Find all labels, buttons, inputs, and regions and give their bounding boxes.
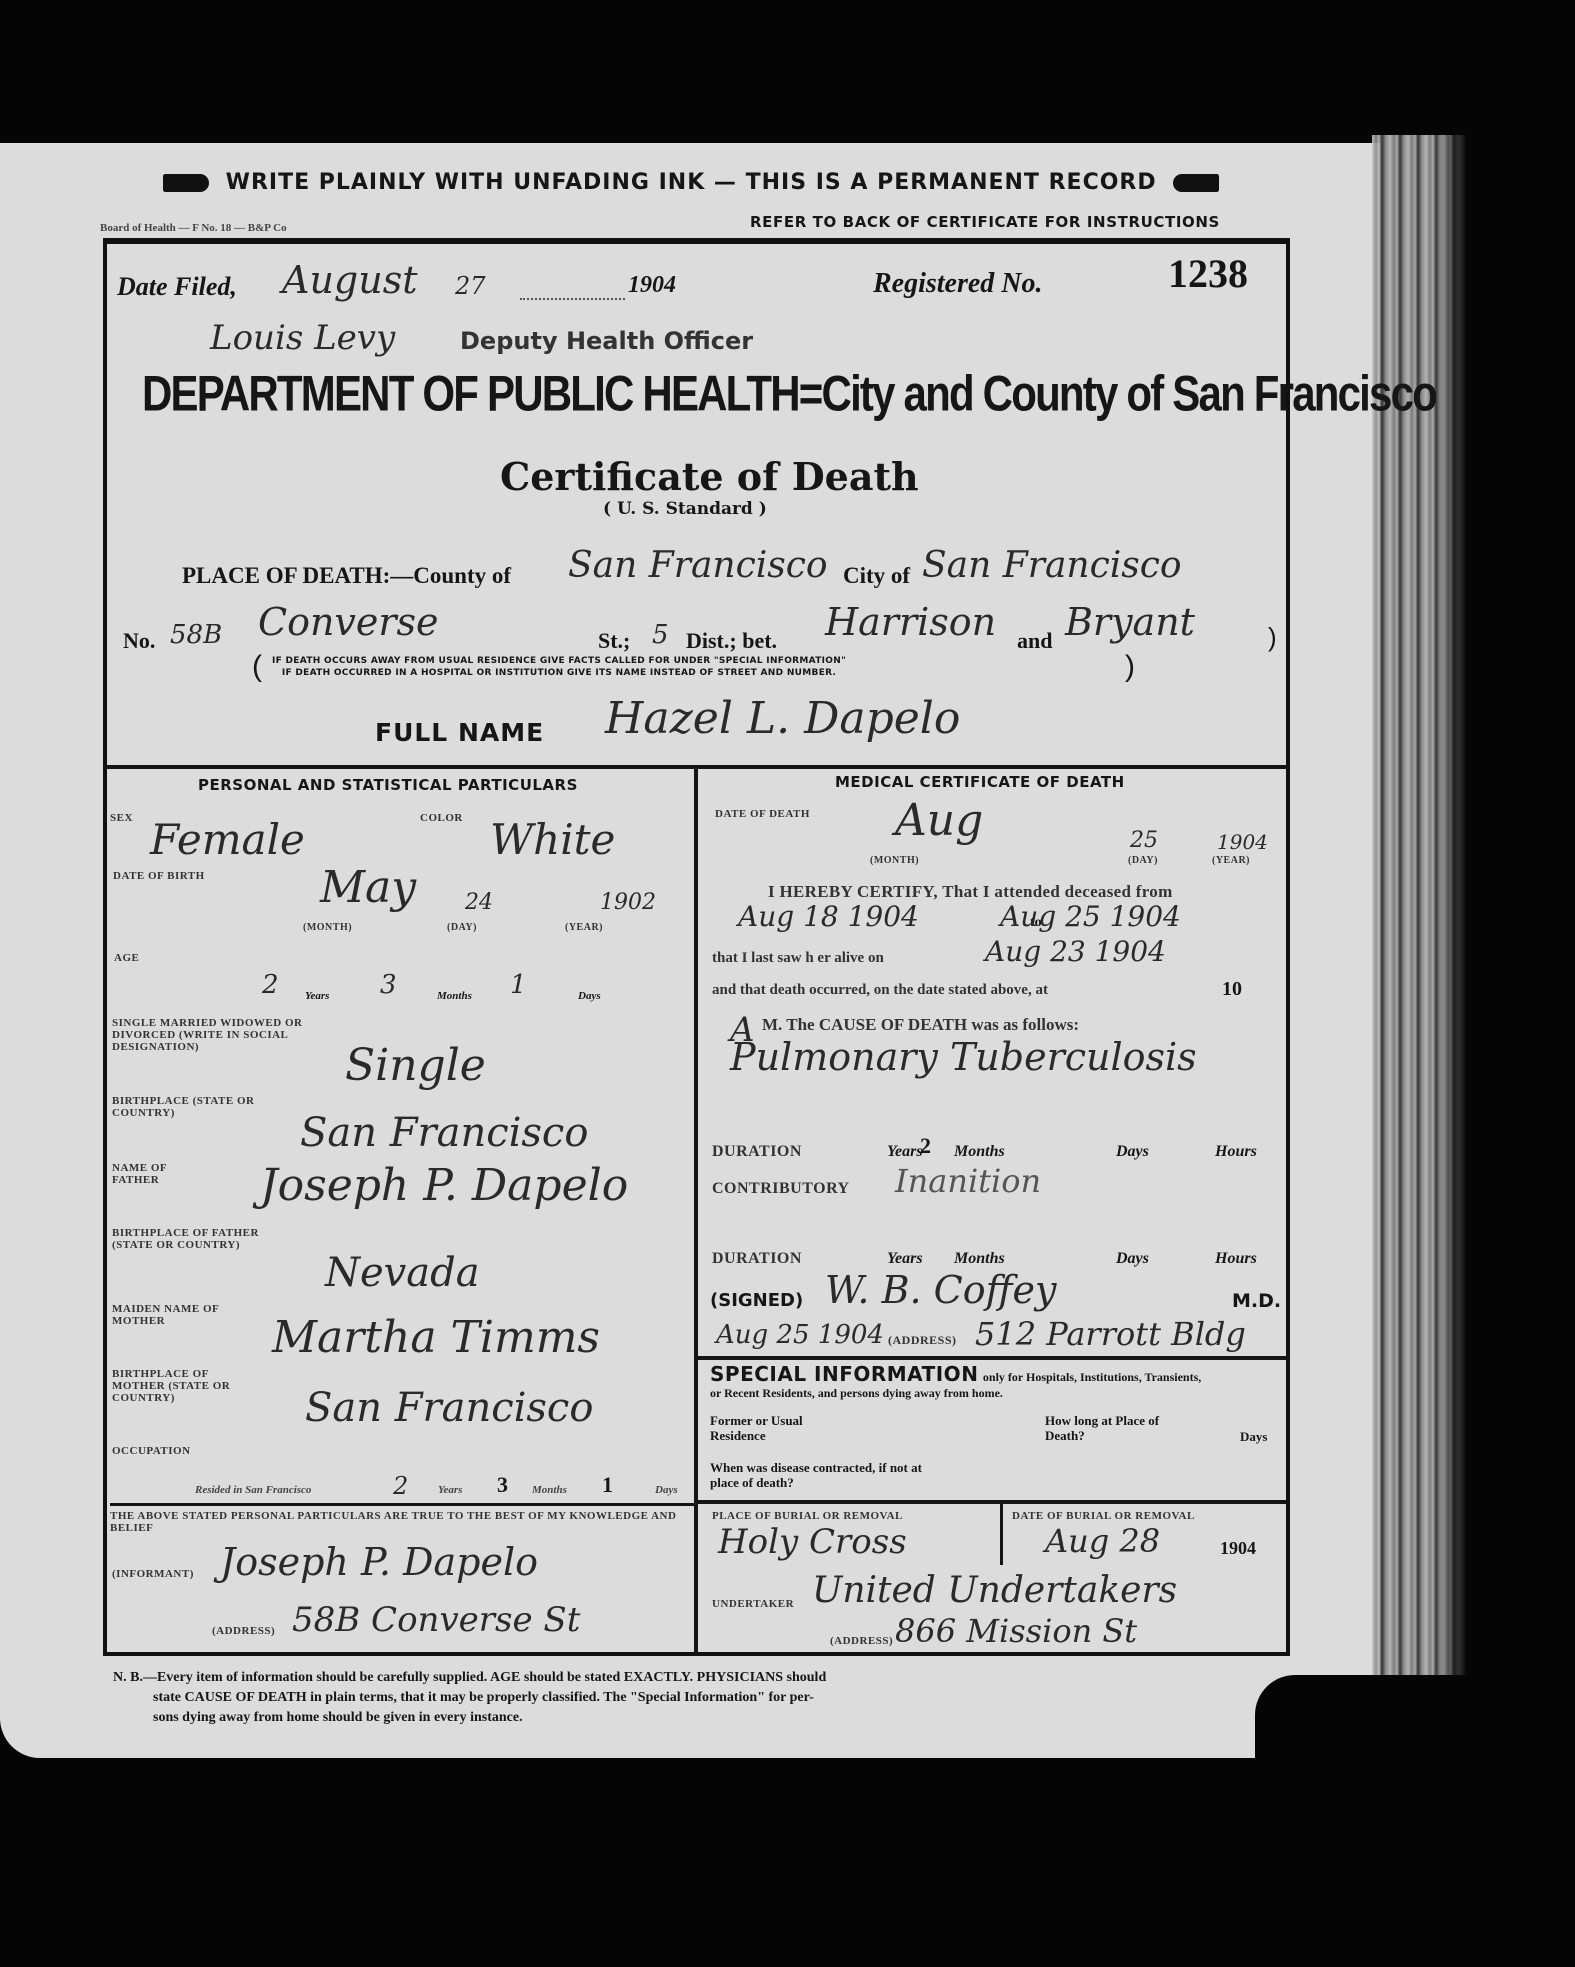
informant-address-label: (Address) <box>212 1625 275 1637</box>
occupation-label: OCCUPATION <box>112 1445 191 1457</box>
duration-months-value: 2 <box>920 1133 931 1159</box>
informant-divider <box>110 1503 694 1506</box>
age-years-caption: Years <box>305 990 329 1002</box>
printer-note: Board of Health — F No. 18 — B&P Co <box>100 222 287 234</box>
street-value: Converse <box>258 600 439 644</box>
pointing-hand-icon <box>1173 174 1219 192</box>
color-label: COLOR <box>420 812 463 824</box>
resided-months: 3 <box>497 1472 508 1498</box>
county-value: San Francisco <box>568 545 828 586</box>
resided-months-caption: Months <box>532 1484 567 1496</box>
duration-months-caption: Months <box>954 1143 1005 1161</box>
burial-place-value: Holy Cross <box>718 1522 907 1562</box>
duration-label: DURATION <box>712 1143 802 1161</box>
officer-title: Deputy Health Officer <box>460 327 753 355</box>
last-saw-label: that I last saw h er alive on <box>712 950 884 967</box>
informant-statement: THE ABOVE STATED PERSONAL PARTICULARS AR… <box>110 1510 680 1534</box>
marital-value: Single <box>345 1040 486 1091</box>
personal-section-title: PERSONAL AND STATISTICAL PARTICULARS <box>198 776 578 794</box>
father-birthplace-label: BIRTHPLACE OF FATHER (State or Country) <box>112 1227 262 1251</box>
date-filed-label: Date Filed, <box>117 272 237 302</box>
full-name-value: Hazel L. Dapelo <box>605 693 960 744</box>
duration2-hours-caption: Hours <box>1215 1250 1257 1268</box>
dob-day-caption: (Day) <box>447 922 477 934</box>
between-street-1: Harrison <box>825 600 996 644</box>
special-info-subtitle-2: or Recent Residents, and persons dying a… <box>710 1386 1003 1401</box>
date-filed-year: 1904 <box>628 272 676 299</box>
resided-years-caption: Years <box>438 1484 462 1496</box>
dob-year-caption: (Year) <box>565 922 603 934</box>
registered-number: 1238 <box>1168 250 1248 297</box>
header-warning: WRITE PLAINLY WITH UNFADING INK — THIS I… <box>155 170 1227 195</box>
father-label: NAME OF FATHER <box>112 1162 212 1186</box>
department-heading: DEPARTMENT OF PUBLIC HEALTH=City and Cou… <box>142 365 1436 423</box>
date-filed-dots <box>520 298 625 300</box>
sex-label: SEX <box>110 812 133 824</box>
special-info-subtitle-1: only for Hospitals, Institutions, Transi… <box>983 1370 1201 1384</box>
contributory-value: Inanition <box>895 1162 1041 1200</box>
attended-to: Aug 25 1904 <box>1000 900 1181 933</box>
footnote-line-3: sons dying away from home should be give… <box>113 1708 1213 1728</box>
dob-year: 1902 <box>600 890 656 915</box>
cause-value: Pulmonary Tuberculosis <box>730 1035 1197 1079</box>
age-days-caption: Days <box>578 990 601 1002</box>
city-label: City of <box>843 563 910 589</box>
sex-value: Female <box>150 815 305 864</box>
dob-label: DATE OF BIRTH <box>113 870 205 882</box>
paren-close: ) <box>1268 622 1277 653</box>
attended-from: Aug 18 1904 <box>738 900 919 933</box>
street-label: St.; <box>598 628 630 654</box>
dod-day-caption: (Day) <box>1128 855 1158 867</box>
birthplace-value: San Francisco <box>300 1110 588 1156</box>
paren-close-note: ) <box>1125 650 1135 684</box>
registered-label: Registered No. <box>873 268 1043 300</box>
duration-years-caption: Years <box>887 1143 923 1161</box>
marital-label: SINGLE MARRIED WIDOWED OR DIVORCED (Writ… <box>112 1017 342 1053</box>
place-note: IF DEATH OCCURS AWAY FROM USUAL RESIDENC… <box>272 655 846 679</box>
mother-label: MAIDEN NAME OF MOTHER <box>112 1303 262 1327</box>
city-value: San Francisco <box>922 545 1182 586</box>
place-of-death-label: PLACE OF DEATH:—County of <box>182 563 511 589</box>
footnote: N. B.—Every item of information should b… <box>113 1668 1213 1728</box>
dob-day: 24 <box>465 890 493 915</box>
date-filed-month: August <box>282 258 418 302</box>
district-value: 5 <box>652 620 669 650</box>
dod-year: 1904 <box>1217 830 1268 854</box>
time-value: 10 <box>1222 978 1242 1001</box>
resided-years: 2 <box>393 1472 408 1500</box>
medical-section-title: MEDICAL CERTIFICATE OF DEATH <box>835 773 1125 791</box>
footnote-line-1: N. B.—Every item of information should b… <box>113 1668 1213 1688</box>
mother-birthplace-label: BIRTHPLACE OF MOTHER (State or Country) <box>112 1368 262 1404</box>
dod-day: 25 <box>1130 828 1158 853</box>
former-residence-label: Former or Usual Residence <box>710 1413 820 1443</box>
burial-divider <box>698 1500 1290 1504</box>
duration-days-caption: Days <box>1116 1143 1149 1161</box>
certificate-subtitle: ( U. S. Standard ) <box>603 499 767 519</box>
md-label: M.D. <box>1232 1290 1281 1312</box>
dod-year-caption: (Year) <box>1212 855 1250 867</box>
duration2-label: DURATION <box>712 1250 802 1268</box>
special-info-title: SPECIAL INFORMATION <box>710 1362 978 1386</box>
full-name-label: FULL NAME <box>375 718 544 747</box>
how-long-label: How long at Place of Death? <box>1045 1413 1165 1443</box>
between-street-2: Bryant <box>1065 600 1195 644</box>
mother-birthplace-value: San Francisco <box>305 1385 593 1431</box>
page-shadow <box>1255 1675 1455 1795</box>
dod-month: Aug <box>895 795 983 846</box>
pointing-hand-icon <box>163 174 209 192</box>
certificate-title: Certificate of Death <box>500 454 919 499</box>
special-divider <box>698 1356 1290 1360</box>
informant-value: Joseph P. Dapelo <box>220 1540 538 1584</box>
physician-address-label: (Address) <box>888 1334 957 1346</box>
date-filed-day: 27 <box>455 272 486 300</box>
burial-column-divider <box>1000 1503 1003 1565</box>
burial-date-label: DATE OF BURIAL OR REMOVAL <box>1012 1510 1195 1522</box>
cause-text: M. The CAUSE OF DEATH was as follows: <box>762 1015 1079 1035</box>
physician-signature: W. B. Coffey <box>825 1268 1057 1312</box>
dod-label: DATE OF DEATH <box>715 808 810 820</box>
undertaker-address-value: 866 Mission St <box>895 1612 1137 1650</box>
refer-instructions: REFER TO BACK OF CERTIFICATE FOR INSTRUC… <box>750 213 1220 231</box>
age-months: 3 <box>380 970 397 1000</box>
undertaker-address-label: (Address) <box>830 1635 893 1647</box>
age-years: 2 <box>262 970 279 1000</box>
burial-place-label: PLACE OF BURIAL OR REMOVAL <box>712 1510 903 1522</box>
paren-open: ( <box>252 650 262 684</box>
certify-text: I HEREBY CERTIFY, That I attended deceas… <box>768 882 1173 902</box>
duration2-years-caption: Years <box>887 1250 923 1268</box>
dod-month-caption: (Month) <box>870 855 919 867</box>
district-label: Dist.; bet. <box>686 628 777 654</box>
duration2-days-caption: Days <box>1116 1250 1149 1268</box>
informant-address-value: 58B Converse St <box>292 1600 580 1640</box>
dob-month-caption: (Month) <box>303 922 352 934</box>
mother-value: Martha Timms <box>272 1312 600 1363</box>
age-label: AGE <box>114 952 139 964</box>
signed-date: Aug 25 1904 <box>716 1320 884 1350</box>
contracted-label: When was disease contracted, if not at p… <box>710 1460 930 1490</box>
father-birthplace-value: Nevada <box>325 1250 480 1296</box>
column-divider <box>694 767 698 1655</box>
age-days: 1 <box>510 970 527 1000</box>
resided-days: 1 <box>602 1472 613 1498</box>
physician-address-value: 512 Parrott Bldg <box>975 1315 1246 1353</box>
signed-label: (SIGNED) <box>710 1290 803 1311</box>
undertaker-label: UNDERTAKER <box>712 1598 794 1610</box>
dob-month: May <box>320 862 416 913</box>
resided-label: Resided in San Francisco <box>195 1484 311 1496</box>
last-saw-value: Aug 23 1904 <box>985 935 1166 968</box>
color-value: White <box>490 815 615 864</box>
duration-hours-caption: Hours <box>1215 1143 1257 1161</box>
special-info-header: SPECIAL INFORMATION only for Hospitals, … <box>710 1362 1201 1386</box>
footnote-line-2: state CAUSE OF DEATH in plain terms, tha… <box>113 1688 1213 1708</box>
informant-label: (Informant) <box>112 1568 194 1580</box>
burial-date-value: Aug 28 <box>1045 1522 1160 1560</box>
contributory-label: CONTRIBUTORY <box>712 1180 850 1198</box>
burial-date-year: 1904 <box>1220 1538 1256 1559</box>
birthplace-label: BIRTHPLACE (State or Country) <box>112 1095 262 1119</box>
duration2-months-caption: Months <box>954 1250 1005 1268</box>
occurred-text: and that death occurred, on the date sta… <box>712 982 1048 999</box>
officer-signature: Louis Levy <box>210 318 395 358</box>
number-label: No. <box>123 628 155 654</box>
age-months-caption: Months <box>437 990 472 1002</box>
and-label: and <box>1017 628 1052 654</box>
father-value: Joseph P. Dapelo <box>260 1160 628 1211</box>
resided-days-caption: Days <box>655 1484 678 1496</box>
how-long-days-label: Days <box>1240 1429 1267 1445</box>
house-number: 58B <box>170 620 222 650</box>
undertaker-value: United Undertakers <box>812 1570 1177 1611</box>
